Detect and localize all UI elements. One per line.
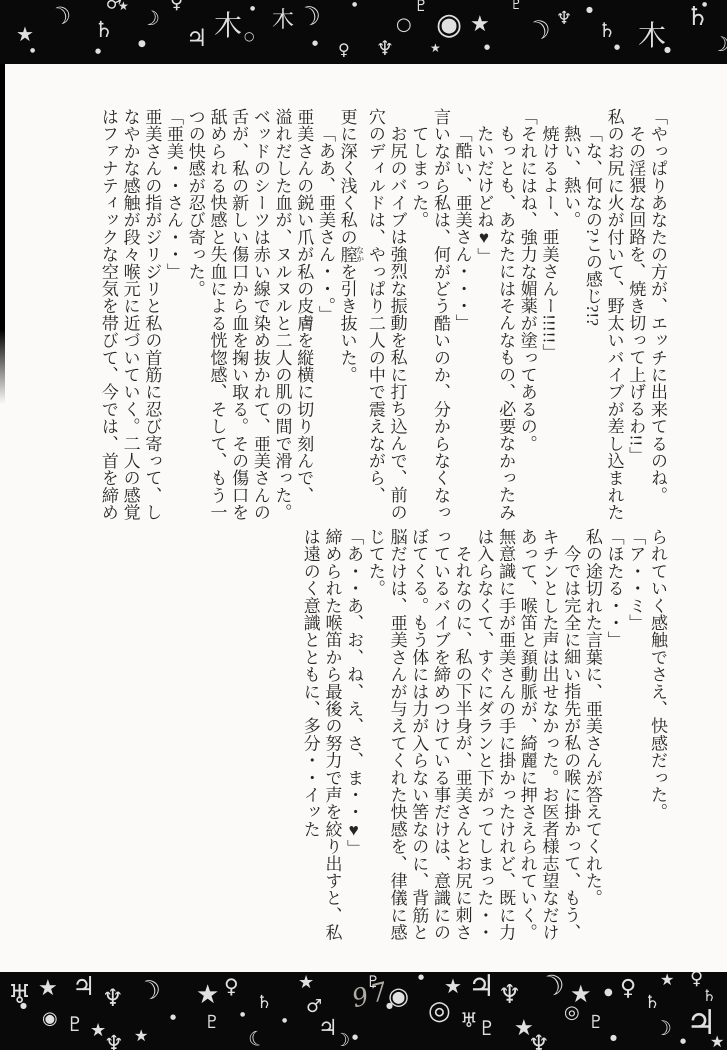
venus-symbol-icon: ♀ bbox=[620, 978, 636, 1000]
text-column: 亜美さんの鋭い爪が私の皮膚を縦横に切り刻んで、 bbox=[293, 108, 315, 522]
text-column: もっとも、あなたにはそんなもの、必要なかったみ bbox=[494, 108, 516, 522]
bottom-decorative-border: 97 ♅★♃●◉♇♆★♆☽★●★♇♀●♄☽●★♂♃☽●♇◉●●◎★♃♅♇♆★♆☽… bbox=[0, 972, 727, 1050]
circle-icon: ○ bbox=[396, 16, 412, 34]
dot-icon: ● bbox=[250, 6, 255, 12]
uranus-symbol-icon: ♅ bbox=[460, 1010, 478, 1030]
star-icon: ★ bbox=[444, 976, 462, 996]
star-icon: ★ bbox=[134, 1028, 148, 1044]
text-column: 「あ・・あ、お、ね、え、さ、ま・・♥」 bbox=[342, 528, 364, 942]
star-icon: ★ bbox=[570, 982, 592, 1006]
crescent-moon-icon: ☽ bbox=[47, 1, 75, 31]
text-column: 溢れだした血が、ヌルヌルと二人の肌の間で滑った。 bbox=[271, 108, 293, 522]
manga-text-page: ♂★☽●♄●★☽●♀♃木○●木☽●♀●♆○♇◉★★●♇☽♆●♄●木●♄●☽ 「や… bbox=[0, 0, 727, 1050]
text-column: 無意識に手が亜美さんの手に掛かったけれど、既に力 bbox=[494, 528, 516, 942]
text-column: ベッドのシーツは赤い線で染め抜かれて、亜美さんの bbox=[249, 108, 271, 522]
text-column: 「酷い、亜美さん・・・」 bbox=[451, 108, 473, 522]
mars-symbol-icon: ♂ bbox=[306, 998, 322, 1016]
crescent-moon-icon: ☽ bbox=[710, 33, 727, 56]
venus-symbol-icon: ♀ bbox=[170, 0, 183, 12]
text-column: それなのに、私の下半身が、亜美さんとお尻に刺さ bbox=[451, 528, 473, 942]
jupiter-symbol-icon: ♃ bbox=[468, 972, 495, 1002]
target-circle-icon: ◉ bbox=[42, 1010, 58, 1028]
dot-icon: ● bbox=[20, 1002, 27, 1010]
text-column: 亜美さんの指がジリジリと私の首筋に忍び寄って、し bbox=[141, 108, 163, 522]
text-column: じてた。 bbox=[364, 528, 386, 942]
text-block-lower: られていく感触でさえ、快感だった。「ア・・ミ」「ほたる・・」私の途切れた言葉に、… bbox=[299, 528, 668, 942]
text-column: 脳だけは、亜美さんが与えてくれた快感を、律儀に感 bbox=[386, 528, 408, 942]
text-column: 「ア・・ミ」 bbox=[625, 528, 647, 942]
saturn-symbol-icon: ♄ bbox=[644, 994, 660, 1012]
dot-icon: ● bbox=[604, 988, 613, 998]
text-block-upper: 「やっぱりあなたの方が、エッチに出来てるのね。その淫猥な回路を、焼き切って上げる… bbox=[97, 108, 668, 522]
crescent-moon-icon: ☽ bbox=[536, 972, 569, 1003]
text-column: お尻のバイブは強烈な振動を私に打ち込んで、前の bbox=[386, 108, 408, 522]
dot-icon: ● bbox=[586, 6, 593, 14]
pluto-symbol-icon: ♇ bbox=[588, 1014, 604, 1032]
star-icon: ★ bbox=[298, 974, 314, 992]
pluto-symbol-icon: ♇ bbox=[478, 1018, 496, 1038]
text-column: 「ほたる・・」 bbox=[603, 528, 625, 942]
star-icon: ★ bbox=[196, 982, 219, 1008]
crescent-moon-icon: ☽ bbox=[524, 14, 556, 47]
pluto-symbol-icon: ♇ bbox=[510, 0, 523, 12]
neptune-symbol-icon: ♆ bbox=[376, 38, 394, 58]
circle-icon: ○ bbox=[244, 30, 254, 42]
jupiter-symbol-icon: ♃ bbox=[186, 26, 208, 50]
neptune-symbol-icon: ♆ bbox=[102, 986, 124, 1010]
dot-icon: ● bbox=[240, 1012, 245, 1018]
crescent-moon-icon: ☽ bbox=[654, 1018, 672, 1038]
pluto-symbol-icon: ♇ bbox=[204, 1014, 220, 1032]
crescent-moon-icon: ☽ bbox=[295, 1, 324, 32]
pluto-symbol-icon: ♇ bbox=[366, 974, 380, 990]
saturn-symbol-icon: ♄ bbox=[256, 994, 272, 1012]
neptune-symbol-icon: ♆ bbox=[104, 1034, 124, 1050]
text-column: 更に深く浅く私の膣なかを引き抜いた。 bbox=[336, 108, 364, 522]
text-column: は遠のく意識とともに、多分・・イッた bbox=[299, 528, 321, 942]
text-column: 焼けるよー、亜美さんー!!!!!」 bbox=[538, 108, 560, 522]
text-column: 「やっぱりあなたの方が、エッチに出来てるのね。 bbox=[646, 108, 668, 522]
pluto-symbol-icon: ♇ bbox=[66, 1014, 84, 1034]
venus-symbol-icon: ♀ bbox=[224, 976, 239, 996]
dot-icon: ● bbox=[418, 974, 424, 981]
text-column: っているバイブを締めつけている事だけは、意識にの bbox=[429, 528, 451, 942]
dot-icon: ● bbox=[282, 1018, 287, 1024]
text-column: 「ああ、亜美さん・・。」 bbox=[314, 108, 336, 522]
star-icon: ★ bbox=[470, 14, 490, 36]
text-column: 私のお尻に火が付いて、野太いバイブが差し込まれた bbox=[603, 108, 625, 522]
text-column: 熱い、熱い。 bbox=[559, 108, 581, 522]
text-column: キチンとした声は出せなかった。お医者様志望なだけ bbox=[538, 528, 560, 942]
dot-icon: ● bbox=[614, 44, 620, 51]
text-column: 舐められる快感と失血による恍惚感、そして、もう一 bbox=[206, 108, 228, 522]
text-column: 締められた喉笛から最後の努力で声を絞り出すと、私 bbox=[321, 528, 343, 942]
neptune-symbol-icon: ♆ bbox=[528, 1032, 550, 1050]
text-column: たいだけどね♥」 bbox=[473, 108, 495, 522]
text-column: は入らなくて、すぐにダランと下がってしまった・・ bbox=[473, 528, 495, 942]
dot-icon: ● bbox=[30, 48, 35, 54]
text-column: 言いながら私は、何がどう酷いのか、分からなくなっ bbox=[429, 108, 451, 522]
text-column: なやかな感触が段々喉元に近づいていく。二人の感覚 bbox=[119, 108, 141, 522]
star-icon: ★ bbox=[660, 972, 674, 988]
venus-symbol-icon: ♀ bbox=[338, 42, 350, 58]
neptune-symbol-icon: ♆ bbox=[498, 982, 521, 1008]
text-column: 「な、何なの?この感じ?!? bbox=[581, 108, 603, 522]
tree-kanji-icon: 木 bbox=[214, 12, 242, 40]
text-column: 私の途切れた言葉に、亜美さんが答えてくれた。 bbox=[581, 528, 603, 942]
star-icon: ★ bbox=[16, 24, 34, 44]
text-column: 舌が、私の新しい傷口から血を掬い取る。その傷口を bbox=[227, 108, 249, 522]
dot-icon: ● bbox=[138, 40, 146, 49]
text-column: あって、喉笛と頚動脈が、綺麗に押さえられていく。 bbox=[516, 528, 538, 942]
text-column: その淫猥な回路を、焼き切って上げるわ!!」 bbox=[625, 108, 647, 522]
star-icon: ★ bbox=[710, 1034, 724, 1050]
jupiter-symbol-icon: ♃ bbox=[72, 974, 95, 1000]
dot-icon: ● bbox=[352, 2, 357, 8]
pluto-symbol-icon: ♇ bbox=[414, 0, 428, 14]
dot-icon: ● bbox=[352, 1034, 358, 1041]
text-column: 今では完全に細い指先が私の喉に掛かって、もう、 bbox=[559, 528, 581, 942]
star-icon: ★ bbox=[430, 42, 441, 54]
dot-icon: ● bbox=[664, 46, 671, 54]
crescent-moon-icon: ☽ bbox=[135, 975, 164, 1006]
text-column: てしまった。 bbox=[408, 108, 430, 522]
crescent-moon-icon: ☽ bbox=[246, 1027, 267, 1050]
saturn-symbol-icon: ♄ bbox=[94, 20, 114, 42]
neptune-symbol-icon: ♆ bbox=[556, 10, 572, 28]
dot-icon: ● bbox=[170, 1014, 176, 1021]
tree-kanji-icon: 木 bbox=[272, 10, 294, 32]
crescent-moon-icon: ☽ bbox=[140, 6, 163, 30]
dot-icon: ● bbox=[312, 40, 318, 47]
text-column: はファナティックな空気を帯びて、今では、首を締め bbox=[97, 108, 119, 522]
crescent-moon-icon: ☽ bbox=[334, 1032, 350, 1050]
text-column: られていく感触でさえ、快感だった。 bbox=[646, 528, 668, 942]
dot-icon: ● bbox=[484, 44, 490, 51]
text-column: ぼてくる。もう体には力が入らない筈なのに、背筋と bbox=[408, 528, 430, 942]
ring-icon: ◎ bbox=[428, 998, 451, 1024]
text-column: 「亜美・・さん・・」 bbox=[162, 108, 184, 522]
target-circle-icon: ◉ bbox=[436, 10, 462, 40]
dot-icon: ● bbox=[386, 1002, 393, 1010]
dot-icon: ● bbox=[95, 48, 101, 55]
saturn-symbol-icon: ♄ bbox=[702, 988, 716, 1004]
text-column: 「それにはね、強力な媚薬が塗ってあるの。 bbox=[516, 108, 538, 522]
tree-kanji-icon: 木 bbox=[638, 22, 666, 50]
dot-icon: ● bbox=[610, 1034, 617, 1042]
dot-icon: ● bbox=[702, 2, 707, 8]
scan-edge-artifact bbox=[0, 64, 5, 404]
text-column: つの快感が忍び寄った。 bbox=[184, 108, 206, 522]
saturn-symbol-icon: ♄ bbox=[598, 20, 616, 40]
star-icon: ★ bbox=[38, 978, 58, 1000]
star-icon: ★ bbox=[118, 0, 129, 12]
top-decorative-border: ♂★☽●♄●★☽●♀♃木○●木☽●♀●♆○♇◉★★●♇☽♆●♄●木●♄●☽ bbox=[0, 0, 727, 64]
text-column: 穴のディルドは、やっぱり二人の中で震えながら、 bbox=[364, 108, 386, 522]
